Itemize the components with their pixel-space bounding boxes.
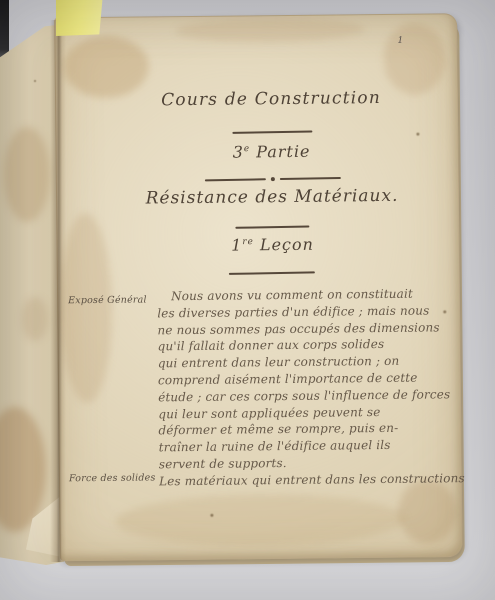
course-title: Cours de Construction <box>81 87 461 111</box>
stain <box>175 17 365 43</box>
stain <box>115 493 406 548</box>
part-word: Partie <box>256 142 310 162</box>
stain <box>398 479 457 544</box>
lesson-ordinal-suffix: re <box>242 237 254 247</box>
lesson-heading: 1re Leçon <box>82 233 462 256</box>
stain <box>22 297 48 341</box>
stain <box>0 407 46 532</box>
margin-note-expose-general: Exposé Général <box>68 294 147 306</box>
divider-under-subject <box>235 226 309 229</box>
divider-with-dot <box>205 176 341 182</box>
page-number: 1 <box>397 36 403 46</box>
stain <box>63 35 149 98</box>
subject-heading: Résistance des Matériaux. <box>82 185 462 209</box>
second-paragraph-line: Les matériaux qui entrent dans les const… <box>159 470 454 490</box>
stain-speck <box>210 514 213 517</box>
lesson-word: Leçon <box>260 235 314 255</box>
part-number: 3 <box>233 142 244 161</box>
divider-segment <box>205 178 266 181</box>
stain <box>383 22 446 95</box>
divider-under-title <box>232 130 312 133</box>
manuscript-photo: 1 Cours de Construction 3e Partie Résist… <box>0 0 495 600</box>
part-heading: 3e Partie <box>82 140 462 163</box>
body-text: Nous avons vu comment on constituait les… <box>157 285 454 490</box>
sticky-note-bookmark <box>54 0 103 38</box>
body-line: étude ; car ces corps sous l'influence d… <box>158 386 453 406</box>
binding-gutter-shadow <box>50 20 66 562</box>
stain <box>4 127 50 222</box>
divider-dot <box>271 177 275 181</box>
lesson-number: 1 <box>231 235 242 254</box>
stain-speck <box>416 133 419 136</box>
divider-under-lesson <box>229 271 315 275</box>
part-ordinal-suffix: e <box>244 144 250 154</box>
divider-segment <box>280 177 341 180</box>
stain-speck <box>34 80 36 82</box>
right-page: 1 Cours de Construction 3e Partie Résist… <box>54 13 463 561</box>
margin-note-force-des-solides: Force des solides <box>69 472 156 484</box>
